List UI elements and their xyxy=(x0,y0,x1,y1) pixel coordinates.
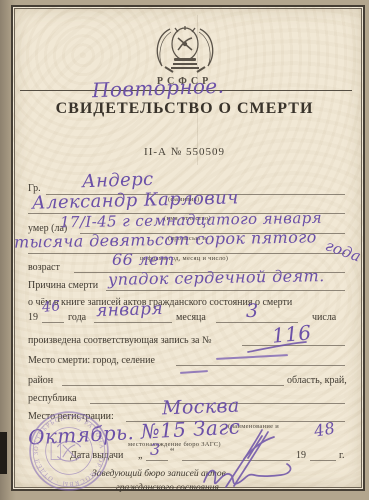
scanned-death-certificate: { "colors": { "paper": "#f1e8d5", "print… xyxy=(0,0,369,500)
signature-descender-2 xyxy=(234,432,268,486)
scan-edge-artifact xyxy=(0,432,7,474)
signature-zigzag xyxy=(204,464,291,484)
ink-scrawls xyxy=(0,0,369,500)
record-number-flourish xyxy=(248,342,306,352)
